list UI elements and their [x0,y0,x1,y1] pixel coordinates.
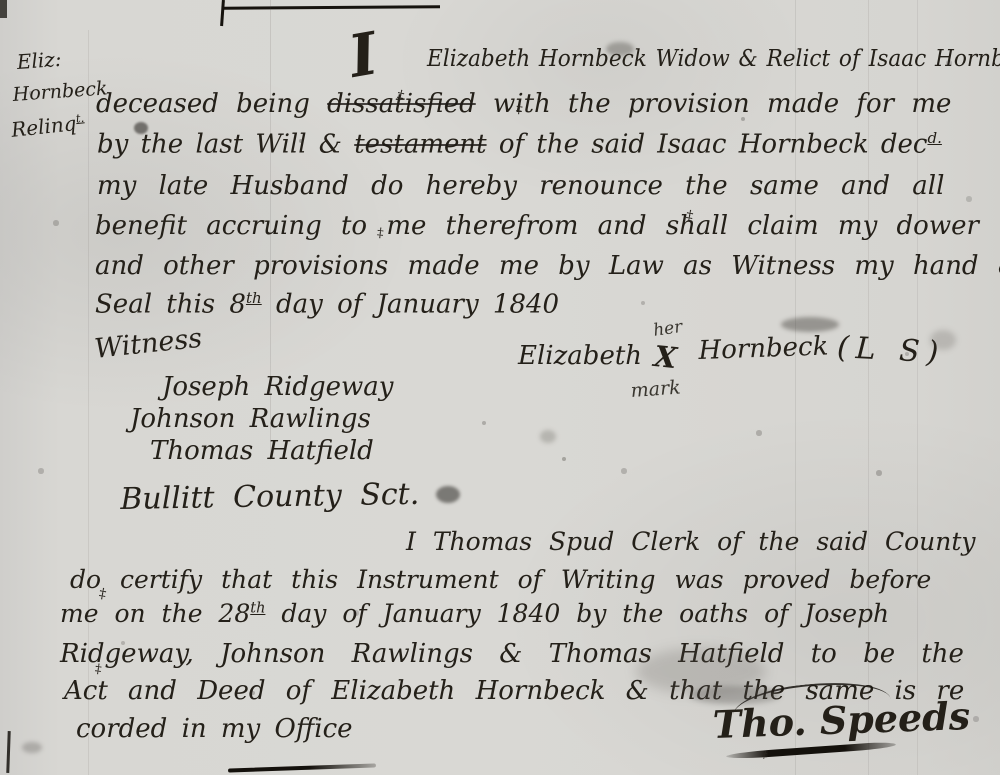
witness-name-1: Joseph Ridgeway [162,372,393,402]
ink-smear [781,317,839,332]
page-edge-mark-bottom [6,731,10,773]
margin-note-relinquishment-base: Relinq [10,111,78,142]
margin-note-relinquishment: Relinqt. [10,110,86,142]
witness-label: Witness [93,323,203,365]
certificate-line-3-sup: th [250,601,265,617]
signature-her-label: her [652,317,684,341]
signature-mark-label: mark [630,377,681,402]
ink-blot [436,486,460,503]
signature-surname: Hornbeck [698,331,829,366]
top-rule-tick [220,0,225,26]
body-line-5: benefit accruing to me therefrom and sha… [95,211,979,241]
body-line-7-pre: Seal this 8 [95,290,246,320]
body-line-7-sup: th [246,289,262,307]
body-line-7: Seal this 8th day of January 1840 [95,289,559,320]
certificate-line-4: Ridgeway, Johnson Rawlings & Thomas Hatf… [60,639,964,669]
top-rule [224,5,440,10]
certificate-line-1: I Thomas Spud Clerk of the said County [406,527,976,556]
clerk-signature: Tho. Speeds [712,693,971,747]
witness-name-3: Thomas Hatfield [150,436,374,466]
body-line-3-sup: d. [927,129,941,147]
witness-name-2: Johnson Rawlings [130,404,371,434]
county-heading: Bullitt County Sct. [120,477,420,517]
signature-x-mark: X [652,339,678,375]
body-line-7-post: day of January 1840 [262,290,559,320]
certificate-line-3-pre: me on the 28 [60,599,250,628]
opening-initial: I [344,19,383,91]
margin-note-name-abbrev: Eliz: [16,47,62,74]
margin-note-relinquishment-sup: t. [75,111,85,126]
margin-note-surname: Hornbeck [12,77,108,106]
body-line-2-struck-word: dissatisfied [327,89,476,119]
body-line-4: my late Husband do hereby renounce the s… [97,171,944,201]
certificate-line-3-post: day of January 1840 by the oaths of Jose… [265,599,889,628]
certificate-line-3: me on the 28th day of January 1840 by th… [60,599,889,628]
paper-stain [540,430,556,443]
body-line-3-mid: of the said Isaac Hornbeck dec [487,130,928,160]
document-scan: Eliz: Hornbeck Relinqt. I Elizabeth Horn… [0,0,1000,775]
bottom-rule [228,763,376,772]
seal-mark: (L S) [836,330,946,371]
certificate-line-6: corded in my Office [76,714,353,744]
body-line-3: by the last Will & testament of the said… [97,129,942,160]
body-line-2: deceased being dissatisfied with the pro… [96,89,951,119]
body-line-2-pre: deceased being [96,89,327,119]
body-line-3-pre: by the last Will & [97,130,354,160]
body-line-6: and other provisions made me by Law as W… [95,251,1000,281]
body-line-2-post: with the provision made for me [476,89,952,119]
signature-first-name: Elizabeth [518,341,642,371]
certificate-line-2: do certify that this Instrument of Writi… [70,565,931,594]
paper-stain [22,742,42,753]
body-line-1: Elizabeth Hornbeck Widow & Relict of Isa… [427,46,1000,72]
body-line-3-struck-word: testament [354,130,486,160]
page-edge-mark-top [0,0,7,18]
